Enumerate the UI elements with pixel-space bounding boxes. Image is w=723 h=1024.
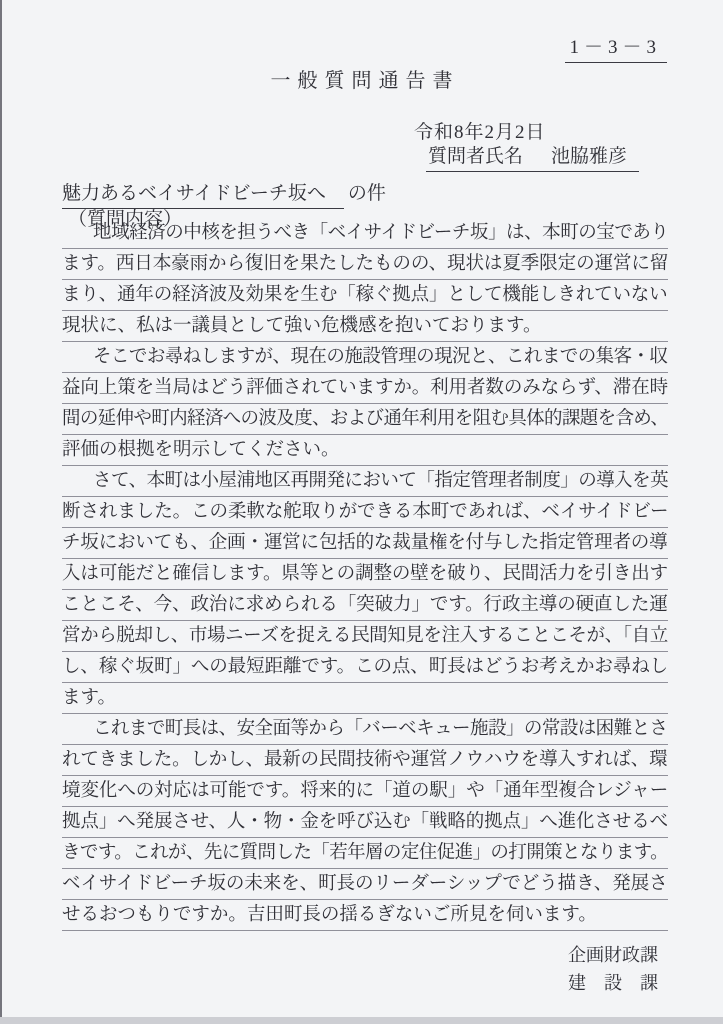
responding-departments: 企画財政課 建 設 課 [568,941,658,997]
document-line: 拠点」へ発展させ、人・物・金を呼び込む「戦略的拠点」へ進化させるべ [62,807,668,838]
questioner-underlined: 質問者氏名池脇雅彦 [426,141,639,172]
document-line: ことこそ、今、政治に求められる「突破力」です。行政主導の硬直した運 [62,590,668,621]
document-line: 評価の根拠を明示してください。 [62,435,668,466]
department-planning-finance: 企画財政課 [568,941,658,969]
document-line: し、稼ぐ坂町」への最短距離です。この点、町長はどうお考えかお尋ねし [62,652,668,683]
document-line: 間の延伸や町内経済への波及度、および通年利用を阻む具体的課題を含め、 [62,404,668,435]
questioner-label: 質問者氏名 [428,146,523,167]
document-line: 地域経済の中核を担うべき「ベイサイドビーチ坂」は、本町の宝であり [62,218,668,249]
document-line: ベイサイドビーチ坂の未来を、町長のリーダーシップでどう描き、発展さ [62,869,668,900]
document-line: きです。これが、先に質問した「若年層の定住促進」の打開策となります。 [62,838,668,869]
document-line: せるおつもりですか。吉田町長の揺るぎないご所見を伺います。 [62,900,668,931]
scan-artifact-bottom-edge [0,1017,723,1024]
document-line: 入は可能だと確信します。県等との調整の壁を破り、民間活力を引き出す [62,559,668,590]
document-body: 地域経済の中核を担うべき「ベイサイドビーチ坂」は、本町の宝であり ます。西日本豪… [62,218,668,931]
document-line: チ坂においても、企画・運営に包括的な裁量権を付与した指定管理者の導 [62,528,668,559]
scanned-document-page: 1－3－3 一般質問通告書 令和8年2月2日 質問者氏名池脇雅彦 魅力あるベイサ… [0,0,723,1024]
document-line: れてきました。しかし、最新の民間技術や運営ノウハウを導入すれば、環 [62,745,668,776]
document-line: これまで町長は、安全面等から「バーベキュー施設」の常設は困難とさ [62,714,668,745]
document-line: そこでお尋ねしますが、現在の施設管理の現況と、これまでの集客・収 [62,342,668,373]
document-line: 境変化への対応は可能です。将来的に「道の駅」や「通年型複合レジャー [62,776,668,807]
department-construction: 建 設 課 [568,969,658,997]
document-line: さて、本町は小屋浦地区再開発において「指定管理者制度」の導入を英 [62,466,668,497]
document-line: 現状に、私は一議員として強い危機感を抱いております。 [62,311,668,342]
document-line: 益向上策を当局はどう評価されていますか。利用者数のみならず、滞在時 [62,373,668,404]
document-title: 一般質問通告書 [0,64,723,93]
document-line: 営から脱却し、市場ニーズを捉える民間知見を注入することこそが、「自立 [62,621,668,652]
questioner-name: 池脇雅彦 [551,146,627,167]
document-line: ます。西日本豪雨から復旧を果たしたものの、現状は夏季限定の運営に留 [62,249,668,280]
document-line: ます。 [62,683,668,714]
questioner-row: 質問者氏名池脇雅彦 [426,141,639,172]
scan-artifact-left-edge [0,0,2,1024]
document-number: 1－3－3 [565,32,667,63]
document-date: 令和8年2月2日 [414,117,546,144]
document-line: まり、通年の経済波及効果を生む「稼ぐ拠点」として機能しきれていない [62,280,668,311]
subject-suffix: の件 [348,183,386,204]
document-line: 断されました。この柔軟な舵取りができる本町であれば、ベイサイドビー [62,497,668,528]
